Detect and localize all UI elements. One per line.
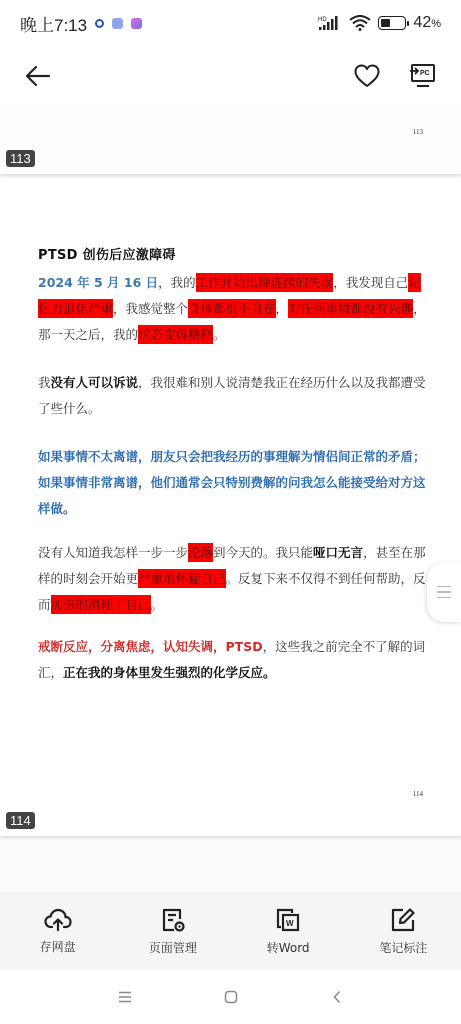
paragraph-4: 没有人知道我怎样一步一步沦落到今天的。我只能哑口无言，甚至在那样的时刻会开始更严…	[38, 540, 426, 618]
highlight[interactable]: 状态变得糟糕	[138, 325, 213, 344]
page-corner-number: 113	[413, 128, 423, 136]
svg-text:HD: HD	[318, 17, 327, 23]
page-113: 113 113	[0, 106, 461, 174]
highlight[interactable]: 对任何事情都没有兴趣	[288, 299, 413, 318]
status-left: 晚上7:13	[20, 11, 142, 36]
app-bar-actions: PC	[351, 60, 439, 92]
send-to-pc-button[interactable]: PC	[407, 60, 439, 92]
system-back-button[interactable]	[325, 985, 349, 1009]
wifi-icon	[349, 15, 371, 31]
convert-to-word-button[interactable]: W 转Word	[238, 907, 338, 956]
document-title: PTSD 创伤后应激障碍	[38, 244, 176, 263]
paragraph-2: 我没有人可以诉说，我很难和别人说清楚我正在经历什么以及我都遭受了些什么。	[38, 370, 426, 422]
battery-icon	[378, 16, 406, 30]
highlight[interactable]: 身体都很不自在	[188, 299, 276, 318]
svg-text:PC: PC	[420, 70, 430, 77]
app-icon-purple	[131, 18, 142, 29]
battery-percent: 42%	[413, 14, 441, 32]
home-button[interactable]	[219, 985, 243, 1009]
arrow-left-icon	[25, 65, 51, 87]
recent-apps-button[interactable]	[113, 985, 137, 1009]
system-nav-bar	[0, 970, 461, 1024]
page-badge: 113	[6, 150, 35, 167]
paragraph-5: 戒断反应，分离焦虑，认知失调，PTSD，这些我之前完全不了解的词汇，正在我的身体…	[38, 634, 426, 686]
status-bar: 晚上7:13 HD 42%	[0, 0, 461, 46]
svg-text:W: W	[286, 919, 294, 928]
highlight[interactable]: 沦落	[188, 543, 213, 562]
status-right: HD 42%	[318, 14, 441, 32]
paragraph-3: 如果事情不太离谱，朋友只会把我经历的事理解为情侣间正常的矛盾；如果事情非常离谱，…	[38, 444, 426, 522]
record-icon	[95, 19, 104, 28]
page-management-button[interactable]: 页面管理	[123, 907, 223, 956]
edit-note-icon	[390, 907, 416, 933]
back-button[interactable]	[22, 60, 54, 92]
home-icon	[224, 990, 238, 1004]
note-annotation-button[interactable]: 笔记标注	[353, 907, 453, 956]
status-time: 晚上7:13	[20, 11, 87, 36]
back-icon	[332, 990, 342, 1004]
highlight[interactable]: 加倍的消耗了自己	[51, 595, 151, 614]
page-corner-number: 114	[413, 790, 423, 798]
app-bar: PC	[0, 46, 461, 106]
highlight[interactable]: 工作开始出现连续的失误	[196, 273, 334, 292]
save-to-cloud-button[interactable]: 存网盘	[8, 908, 108, 955]
document-viewer[interactable]: 113 113 PTSD 创伤后应激障碍 2024 年 5 月 16 日，我的工…	[0, 106, 461, 892]
favorite-button[interactable]	[351, 60, 383, 92]
highlight[interactable]: 严重地怀疑自己	[138, 569, 226, 588]
app-icon-blue	[112, 18, 123, 29]
page-manage-icon	[160, 907, 186, 933]
send-to-pc-icon: PC	[409, 63, 437, 89]
menu-icon	[118, 991, 132, 1003]
page-114: PTSD 创伤后应激障碍 2024 年 5 月 16 日，我的工作开始出现连续的…	[0, 178, 461, 836]
convert-word-icon: W	[275, 907, 301, 933]
signal-icon: HD	[318, 15, 342, 31]
cloud-upload-icon	[44, 908, 72, 932]
paragraph-1: 2024 年 5 月 16 日，我的工作开始出现连续的失误，我发现自己记忆力退化…	[38, 270, 426, 348]
bottom-toolbar: 存网盘 页面管理 W 转Word 笔记标注	[0, 892, 461, 970]
side-drawer-handle[interactable]	[427, 562, 461, 622]
heart-icon	[354, 64, 380, 88]
page-badge: 114	[6, 812, 35, 829]
